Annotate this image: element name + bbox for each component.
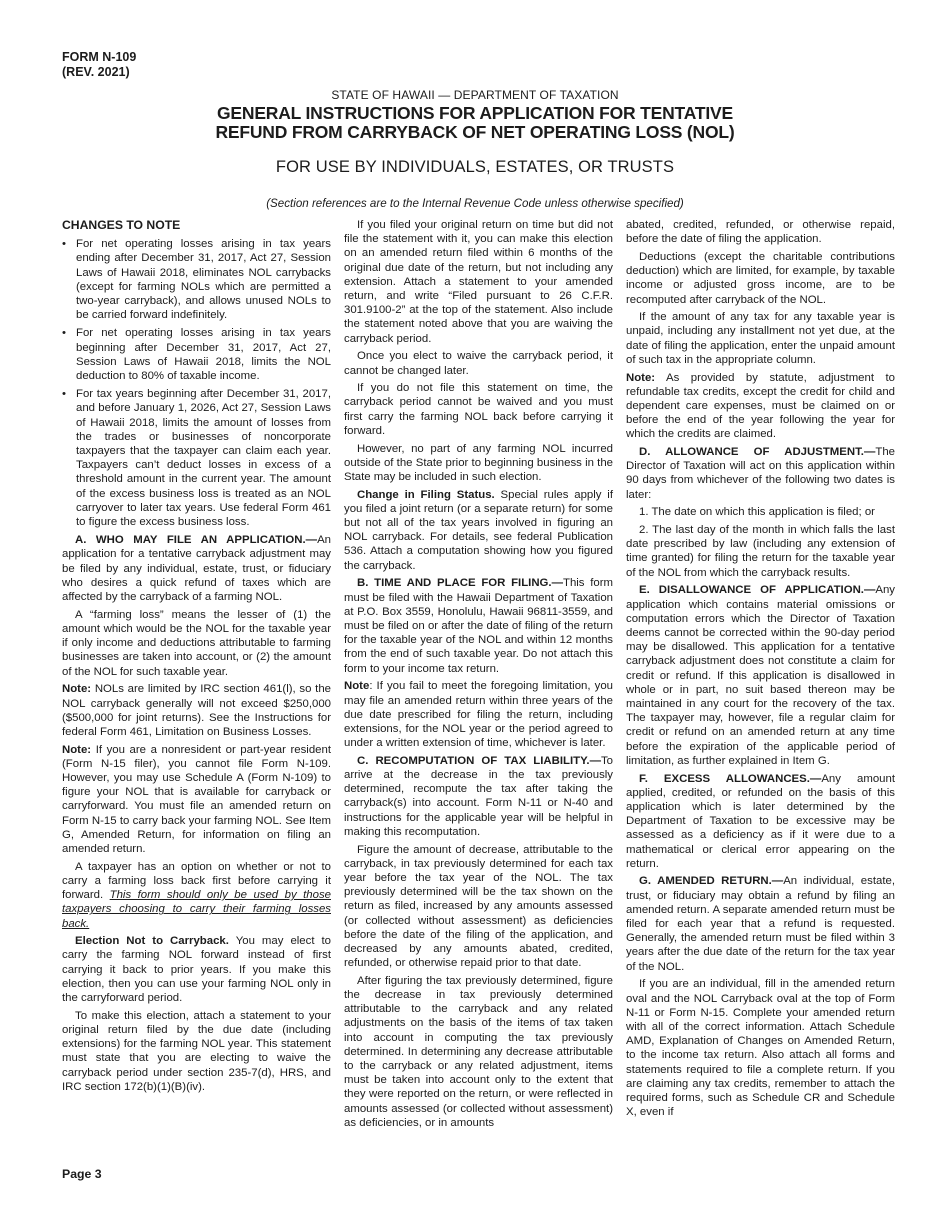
title-line-1: GENERAL INSTRUCTIONS FOR APPLICATION FOR…: [0, 104, 950, 123]
document-title: GENERAL INSTRUCTIONS FOR APPLICATION FOR…: [0, 104, 950, 141]
page-number: Page 3: [62, 1167, 102, 1181]
text-run: If you are a nonresident or part-year re…: [62, 744, 331, 855]
text-run: For net operating losses arising in tax …: [76, 327, 331, 382]
text-run: Figure the amount of decrease, attributa…: [344, 844, 613, 970]
text-run: abated, credited, refunded, or otherwise…: [626, 219, 895, 245]
text-run: : If you fail to meet the foregoing limi…: [344, 680, 613, 749]
paragraph: Note: If you fail to meet the foregoing …: [344, 679, 613, 750]
paragraph: 1. The date on which this application is…: [626, 505, 895, 519]
bold-text: E. DISALLOWANCE OF APPLICATION.—: [639, 584, 875, 596]
bullet-text: For net operating losses arising in tax …: [76, 237, 331, 322]
text-run: For tax years beginning after December 3…: [76, 388, 331, 528]
three-column-body: CHANGES TO NOTE•For net operating losses…: [62, 218, 895, 1134]
paragraph: Once you elect to waive the carryback pe…: [344, 349, 613, 377]
text-run: Any amount applied, credited, or refunde…: [626, 773, 895, 870]
bold-text: F. EXCESS ALLOWANCES.—: [639, 773, 821, 785]
text-run: 2. The last day of the month in which fa…: [626, 524, 895, 579]
bullet-icon: •: [62, 387, 76, 529]
bullet-text: For tax years beginning after December 3…: [76, 387, 331, 529]
paragraph: If you do not file this statement on tim…: [344, 381, 613, 438]
bold-text: Note:: [626, 372, 655, 384]
paragraph: Note: If you are a nonresident or part-y…: [62, 743, 331, 857]
text-run: To make this election, attach a statemen…: [62, 1010, 331, 1093]
form-number: FORM N-109: [62, 50, 136, 64]
paragraph: If you filed your original return on tim…: [344, 218, 613, 346]
paragraph: F. EXCESS ALLOWANCES.—Any amount applied…: [626, 772, 895, 871]
text-column: abated, credited, refunded, or otherwise…: [626, 218, 895, 1134]
bold-text: CHANGES TO NOTE: [62, 218, 180, 232]
agency-line: STATE OF HAWAII — DEPARTMENT OF TAXATION: [0, 88, 950, 102]
text-run: 1. The date on which this application is…: [639, 506, 875, 518]
text-column: If you filed your original return on tim…: [344, 218, 613, 1134]
paragraph: Change in Filing Status. Special rules a…: [344, 488, 613, 573]
paragraph: abated, credited, refunded, or otherwise…: [626, 218, 895, 246]
document-subtitle: FOR USE BY INDIVIDUALS, ESTATES, OR TRUS…: [0, 158, 950, 177]
bullet-item: •For net operating losses arising in tax…: [62, 326, 331, 383]
bold-text: Note:: [62, 683, 91, 695]
text-run: Once you elect to waive the carryback pe…: [344, 350, 613, 376]
paragraph: E. DISALLOWANCE OF APPLICATION.—Any appl…: [626, 583, 895, 768]
bold-text: B. TIME AND PLACE FOR FILING.—: [357, 577, 563, 589]
paragraph: However, no part of any farming NOL incu…: [344, 442, 613, 485]
form-revision: (REV. 2021): [62, 65, 130, 79]
paragraph: If you are an individual, fill in the am…: [626, 977, 895, 1119]
paragraph: B. TIME AND PLACE FOR FILING.—This form …: [344, 576, 613, 675]
text-run: After figuring the tax previously determ…: [344, 975, 613, 1129]
bullet-item: •For net operating losses arising in tax…: [62, 237, 331, 322]
text-run: NOLs are limited by IRC section 461(l), …: [62, 683, 331, 738]
text-run: If you do not file this statement on tim…: [344, 382, 613, 437]
text-run: An individual, estate, trust, or fiducia…: [626, 875, 895, 972]
bold-text: D. ALLOWANCE OF ADJUSTMENT.—: [639, 446, 875, 458]
bold-text: G. AMENDED RETURN.—: [639, 875, 783, 887]
bold-text: Change in Filing Status.: [357, 489, 495, 501]
bold-text: A. WHO MAY FILE AN APPLICATION.—: [75, 534, 317, 546]
text-run: If you are an individual, fill in the am…: [626, 978, 895, 1118]
text-run: However, no part of any farming NOL incu…: [344, 443, 613, 483]
text-column: CHANGES TO NOTE•For net operating losses…: [62, 218, 331, 1134]
bold-text: Note: [344, 680, 369, 692]
title-line-2: REFUND FROM CARRYBACK OF NET OPERATING L…: [0, 123, 950, 142]
paragraph: After figuring the tax previously determ…: [344, 974, 613, 1130]
paragraph: A “farming loss” means the lesser of (1)…: [62, 608, 331, 679]
bullet-icon: •: [62, 237, 76, 322]
paragraph: G. AMENDED RETURN.—An individual, estate…: [626, 874, 895, 973]
paragraph: 2. The last day of the month in which fa…: [626, 523, 895, 580]
paragraph: To make this election, attach a statemen…: [62, 1009, 331, 1094]
section-references-note: (Section references are to the Internal …: [0, 197, 950, 210]
paragraph: Figure the amount of decrease, attributa…: [344, 843, 613, 971]
paragraph: Deductions (except the charitable contri…: [626, 250, 895, 307]
text-run: Any application which contains material …: [626, 584, 895, 766]
bullet-icon: •: [62, 326, 76, 383]
paragraph: D. ALLOWANCE OF ADJUSTMENT.—The Director…: [626, 445, 895, 502]
text-run: To arrive at the decrease in the tax pre…: [344, 755, 613, 838]
paragraph: If the amount of any tax for any taxable…: [626, 310, 895, 367]
text-run: As provided by statute, adjustment to re…: [626, 372, 895, 441]
paragraph: C. RECOMPUTATION OF TAX LIABILITY.—To ar…: [344, 754, 613, 839]
text-run: For net operating losses arising in tax …: [76, 238, 331, 321]
text-run: Deductions (except the charitable contri…: [626, 251, 895, 306]
section-heading: CHANGES TO NOTE: [62, 218, 331, 232]
text-run: This form must be filed with the Hawaii …: [344, 577, 613, 674]
form-identifier: FORM N-109 (REV. 2021): [62, 50, 136, 80]
text-run: A “farming loss” means the lesser of (1)…: [62, 609, 331, 678]
paragraph: A taxpayer has an option on whether or n…: [62, 860, 331, 931]
document-page: FORM N-109 (REV. 2021) STATE OF HAWAII —…: [0, 0, 950, 1230]
text-run: If the amount of any tax for any taxable…: [626, 311, 895, 366]
bold-text: Note:: [62, 744, 91, 756]
paragraph: A. WHO MAY FILE AN APPLICATION.—An appli…: [62, 533, 331, 604]
paragraph: Note: NOLs are limited by IRC section 46…: [62, 682, 331, 739]
bullet-text: For net operating losses arising in tax …: [76, 326, 331, 383]
bold-text: Election Not to Carryback.: [75, 935, 229, 947]
text-run: If you filed your original return on tim…: [344, 219, 613, 345]
paragraph: Note: As provided by statute, adjustment…: [626, 371, 895, 442]
document-header: STATE OF HAWAII — DEPARTMENT OF TAXATION…: [0, 88, 950, 210]
paragraph: Election Not to Carryback. You may elect…: [62, 934, 331, 1005]
bold-text: C. RECOMPUTATION OF TAX LIABILITY.—: [357, 755, 601, 767]
text-run: Special rules apply if you filed a joint…: [344, 489, 613, 572]
bullet-item: •For tax years beginning after December …: [62, 387, 331, 529]
